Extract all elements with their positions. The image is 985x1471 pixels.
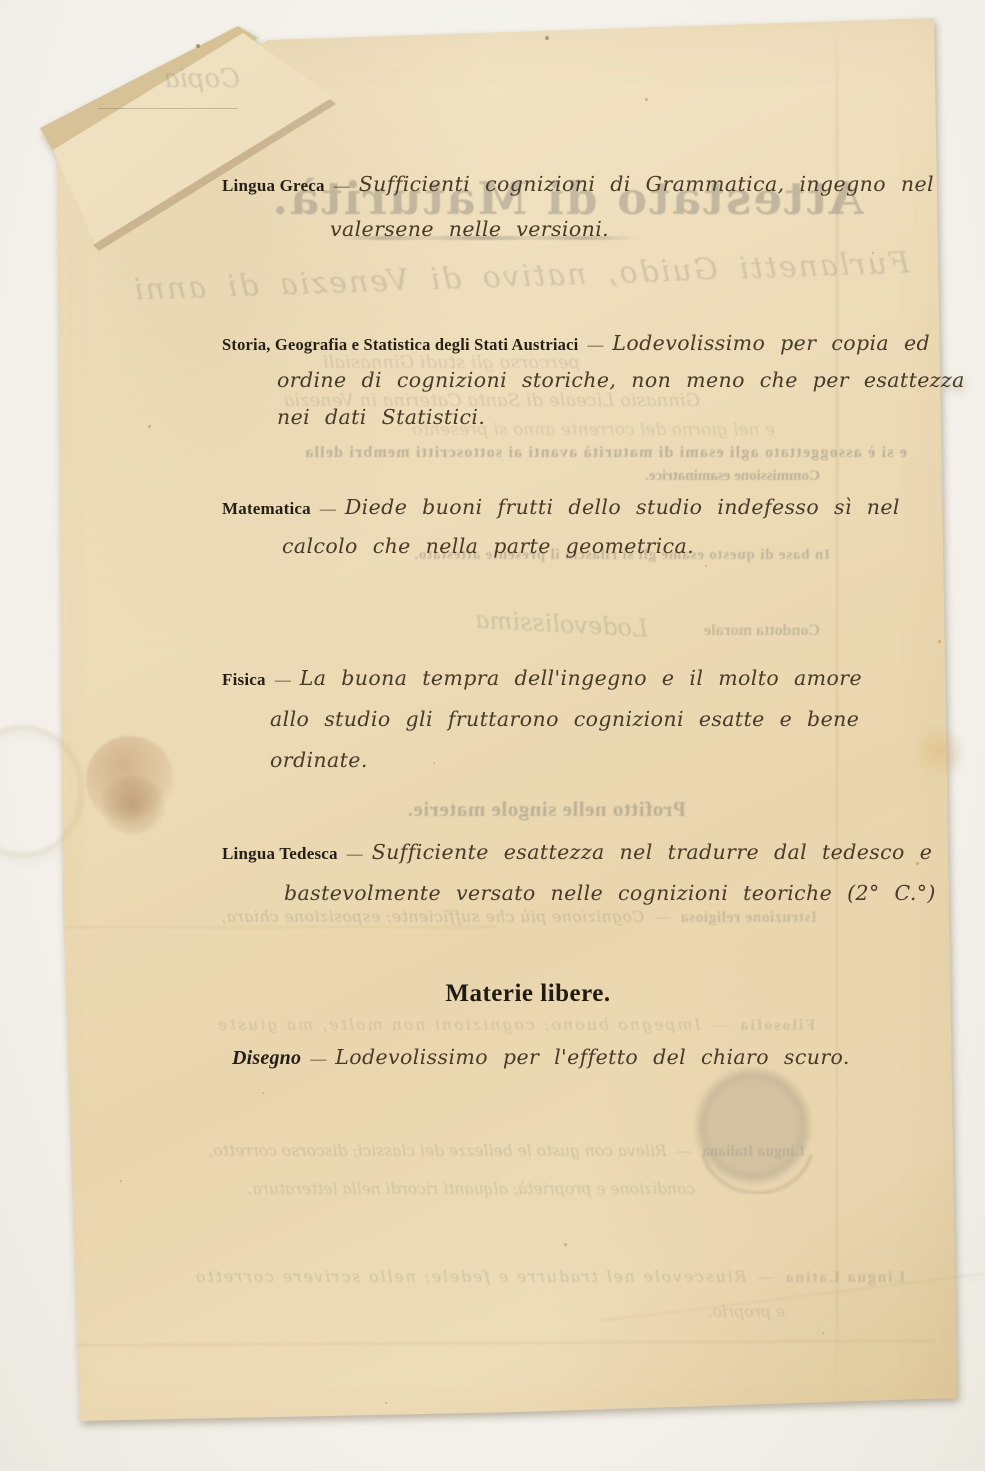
bleedthrough-conduct-label: Condotta morale <box>660 622 820 640</box>
subject-label: Matematica <box>222 499 311 518</box>
bleedthrough-commission-line: Commissione esaminatrice. <box>570 468 820 485</box>
bleedthrough-lingua-italiana-line2: condizione e proprietà; alquanti ricordi… <box>195 1180 695 1198</box>
separator-dash: — <box>578 337 612 354</box>
bleedthrough-copia-underline <box>98 108 238 109</box>
bleedthrough-label: Lingua Italiana <box>702 1143 805 1160</box>
subject-remark-handwritten: Sufficienti cognizioni di Grammatica, in… <box>330 172 934 241</box>
bleedthrough-label: Filosofia <box>738 1017 815 1034</box>
subject-label: Storia, Geografia e Statistica degli Sta… <box>222 335 578 354</box>
subject-entry-lingua-greca: Lingua Greca—Sufficienti cognizioni di G… <box>222 163 970 253</box>
separator-dash: — <box>667 1143 703 1160</box>
bleedthrough-lingua-italiana: Lingua Italiana—Rileva con gusto le bell… <box>190 1142 805 1161</box>
separator-dash: — <box>746 1269 784 1286</box>
paper-sheet-wrapper: Copia Attestato di Maturità. Furlanetti … <box>0 0 985 1471</box>
free-subjects-heading: Materie libere. <box>398 980 658 1008</box>
separator-dash: — <box>301 1051 335 1068</box>
bleedthrough-label: Lingua Latina <box>784 1269 905 1286</box>
subject-remark-handwritten: Sufficiente esattezza nel tradurre dal t… <box>284 840 936 905</box>
bleedthrough-copia-note: Copia <box>100 64 240 94</box>
bleedthrough-script: Rileva con gusto le bellezze dei classic… <box>208 1142 666 1160</box>
subject-remark-handwritten: Lodevolissimo per l'effetto del chiaro s… <box>335 1045 850 1069</box>
bleedthrough-script: Impegno buono; cognizioni non molte, ma … <box>216 1016 701 1034</box>
subject-entry-lingua-tedesca: Lingua Tedesca—Sufficiente esattezza nel… <box>222 833 984 915</box>
subject-label: Lingua Tedesca <box>222 844 338 863</box>
bleedthrough-filosofia: Filosofia—Impegno buono; cognizioni non … <box>215 1016 815 1035</box>
separator-dash: — <box>311 501 345 518</box>
scanned-certificate-page: Copia Attestato di Maturità. Furlanetti … <box>0 0 985 1471</box>
subject-label: Fisica <box>222 670 266 689</box>
subject-label: Lingua Greca <box>222 176 325 195</box>
subject-remark-handwritten: La buona tempra dell'ingegno e il molto … <box>270 666 862 772</box>
bleedthrough-exam-line: e si è assoggettato agli esami di maturi… <box>185 444 907 462</box>
bleedthrough-lingua-latina-line2: e proprio. <box>665 1303 785 1321</box>
bleedthrough-script: Riuscevole nel tradurre e fedele; nello … <box>194 1268 746 1286</box>
separator-dash: — <box>266 672 300 689</box>
separator-dash: — <box>325 178 359 195</box>
subject-entry-disegno: Disegno—Lodevolissimo per l'effetto del … <box>232 1040 892 1077</box>
subject-remark-handwritten: Diede buoni frutti dello studio indefess… <box>282 495 900 558</box>
subject-label: Disegno <box>232 1047 301 1069</box>
bleedthrough-profit-heading: Profitto nelle singole materie. <box>356 797 686 822</box>
subject-entry-matematica: Matematica—Diede buoni frutti dello stud… <box>222 489 922 567</box>
bleedthrough-lingua-latina: Lingua Latina—Riuscevole nel tradurre e … <box>165 1268 905 1287</box>
separator-dash: — <box>338 846 372 863</box>
separator-dash: — <box>701 1017 739 1034</box>
subject-entry-storia-geografia: Storia, Geografia e Statistica degli Sta… <box>222 326 967 437</box>
subject-entry-fisica: Fisica—La buona tempra dell'ingegno e il… <box>222 659 870 782</box>
